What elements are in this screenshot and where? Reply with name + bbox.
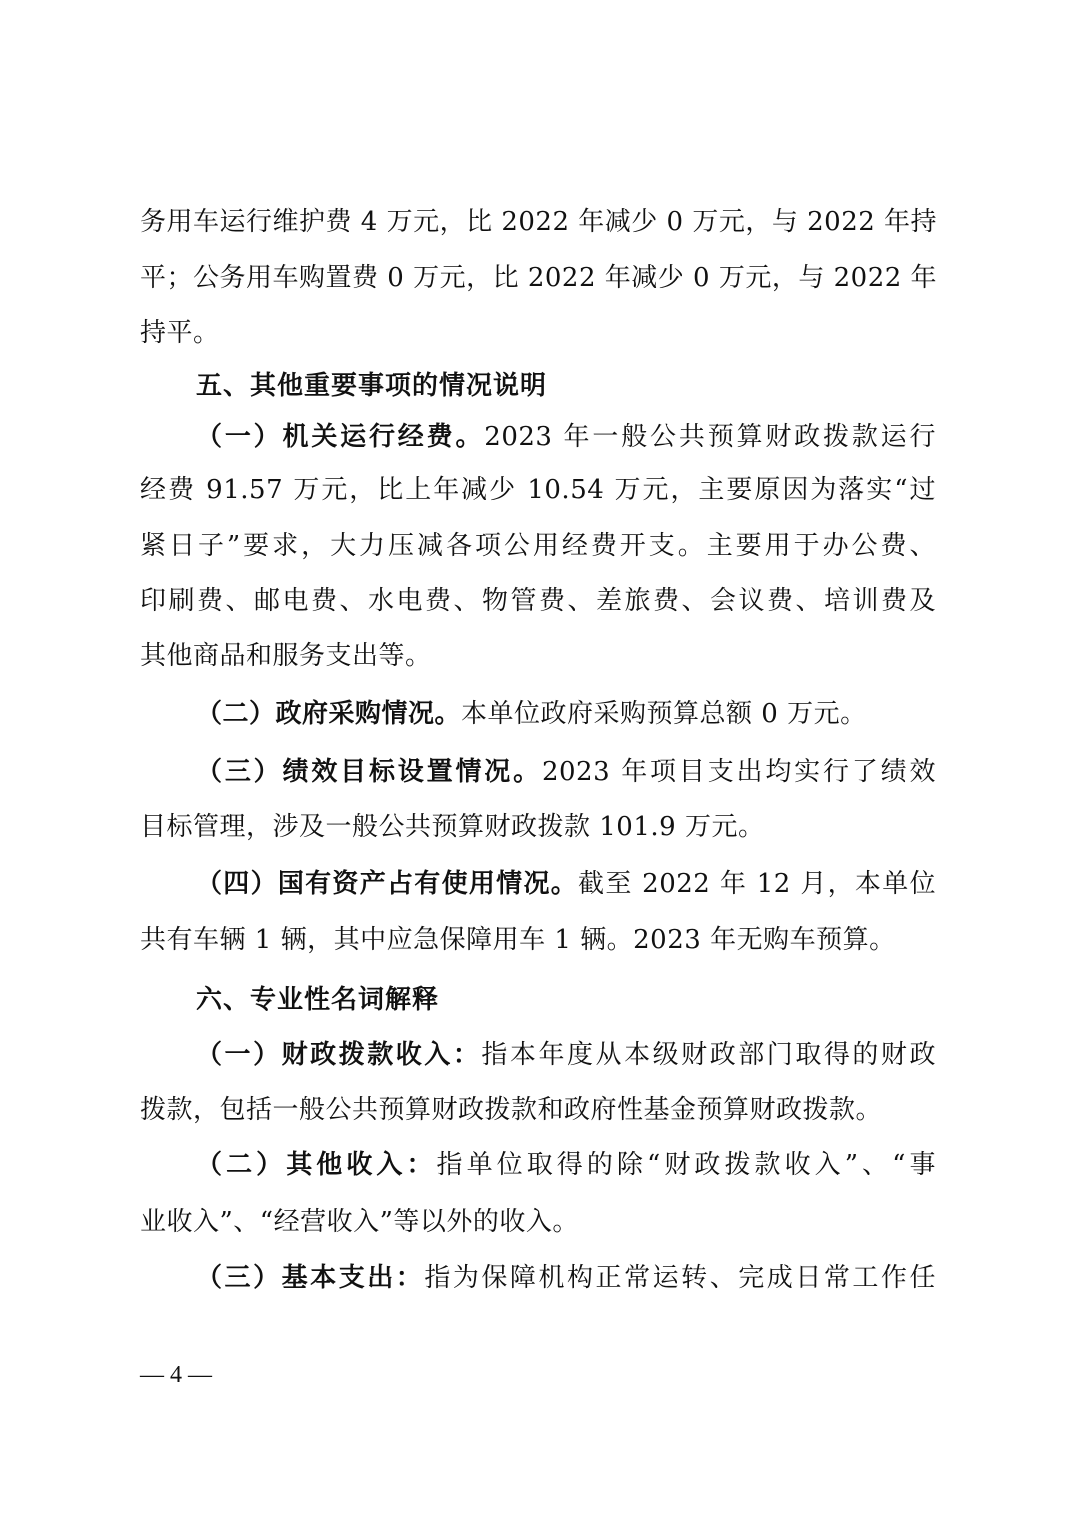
paragraph-first-line: （一）机关运行经费。2023 年一般公共预算财政拨款运行 bbox=[196, 417, 936, 457]
item-lead: （三）绩效目标设置情况。 bbox=[196, 757, 542, 787]
term-definition: 指本年度从本级财政部门取得的财政 bbox=[481, 1040, 936, 1070]
paragraph-line: 业收入”、“经营收入”等以外的收入。 bbox=[140, 1202, 936, 1242]
paragraph-line: 目标管理，涉及一般公共预算财政拨款 101.9 万元。 bbox=[140, 807, 936, 847]
item-text: 截至 2022 年 12 月，本单位 bbox=[578, 869, 936, 899]
term-label: （一）财政拨款收入： bbox=[196, 1040, 481, 1070]
paragraph-line: 共有车辆 1 辆，其中应急保障用车 1 辆。2023 年无购车预算。 bbox=[140, 920, 936, 960]
item-lead: （四）国有资产占有使用情况。 bbox=[196, 869, 578, 899]
section-heading: 五、其他重要事项的情况说明 bbox=[196, 366, 547, 406]
paragraph-line: 其他商品和服务支出等。 bbox=[140, 636, 936, 676]
paragraph-line: 经费 91.57 万元，比上年减少 10.54 万元，主要原因为落实“过 bbox=[140, 470, 936, 510]
paragraph-first-line: （四）国有资产占有使用情况。截至 2022 年 12 月，本单位 bbox=[196, 864, 936, 904]
item-lead: （一）机关运行经费。 bbox=[196, 422, 484, 452]
item-text: 2023 年一般公共预算财政拨款运行 bbox=[484, 422, 936, 452]
section-heading: 六、专业性名词解释 bbox=[196, 980, 439, 1020]
paragraph-first-line: （一）财政拨款收入：指本年度从本级财政部门取得的财政 bbox=[196, 1035, 936, 1075]
paragraph-line: 拨款，包括一般公共预算财政拨款和政府性基金预算财政拨款。 bbox=[140, 1090, 936, 1130]
paragraph-line: 务用车运行维护费 4 万元，比 2022 年减少 0 万元，与 2022 年持 bbox=[140, 202, 936, 242]
term-label: （二）其他收入： bbox=[196, 1150, 437, 1180]
paragraph-line: 平；公务用车购置费 0 万元，比 2022 年减少 0 万元，与 2022 年 bbox=[140, 258, 936, 298]
item-text: 2023 年项目支出均实行了绩效 bbox=[542, 757, 936, 787]
term-definition: 指为保障机构正常运转、完成日常工作任 bbox=[424, 1263, 936, 1293]
paragraph-first-line: （三）绩效目标设置情况。2023 年项目支出均实行了绩效 bbox=[196, 752, 936, 792]
paragraph-first-line: （二）其他收入：指单位取得的除“财政拨款收入”、“事 bbox=[196, 1145, 936, 1185]
paragraph-line: 印刷费、邮电费、水电费、物管费、差旅费、会议费、培训费及 bbox=[140, 581, 936, 621]
document-page: 务用车运行维护费 4 万元，比 2022 年减少 0 万元，与 2022 年持 … bbox=[0, 0, 1074, 1520]
paragraph-line: 紧日子”要求，大力压减各项公用经费开支。主要用于办公费、 bbox=[140, 526, 936, 566]
item-text: 本单位政府采购预算总额 0 万元。 bbox=[461, 699, 867, 729]
term-label: （三）基本支出： bbox=[196, 1263, 424, 1293]
paragraph-first-line: （二）政府采购情况。本单位政府采购预算总额 0 万元。 bbox=[196, 694, 936, 734]
item-lead: （二）政府采购情况。 bbox=[196, 699, 461, 729]
term-definition: 指单位取得的除“财政拨款收入”、“事 bbox=[437, 1150, 936, 1180]
paragraph-line: 持平。 bbox=[140, 313, 936, 353]
paragraph-first-line: （三）基本支出：指为保障机构正常运转、完成日常工作任 bbox=[196, 1258, 936, 1298]
page-number: — 4 — bbox=[140, 1358, 212, 1392]
